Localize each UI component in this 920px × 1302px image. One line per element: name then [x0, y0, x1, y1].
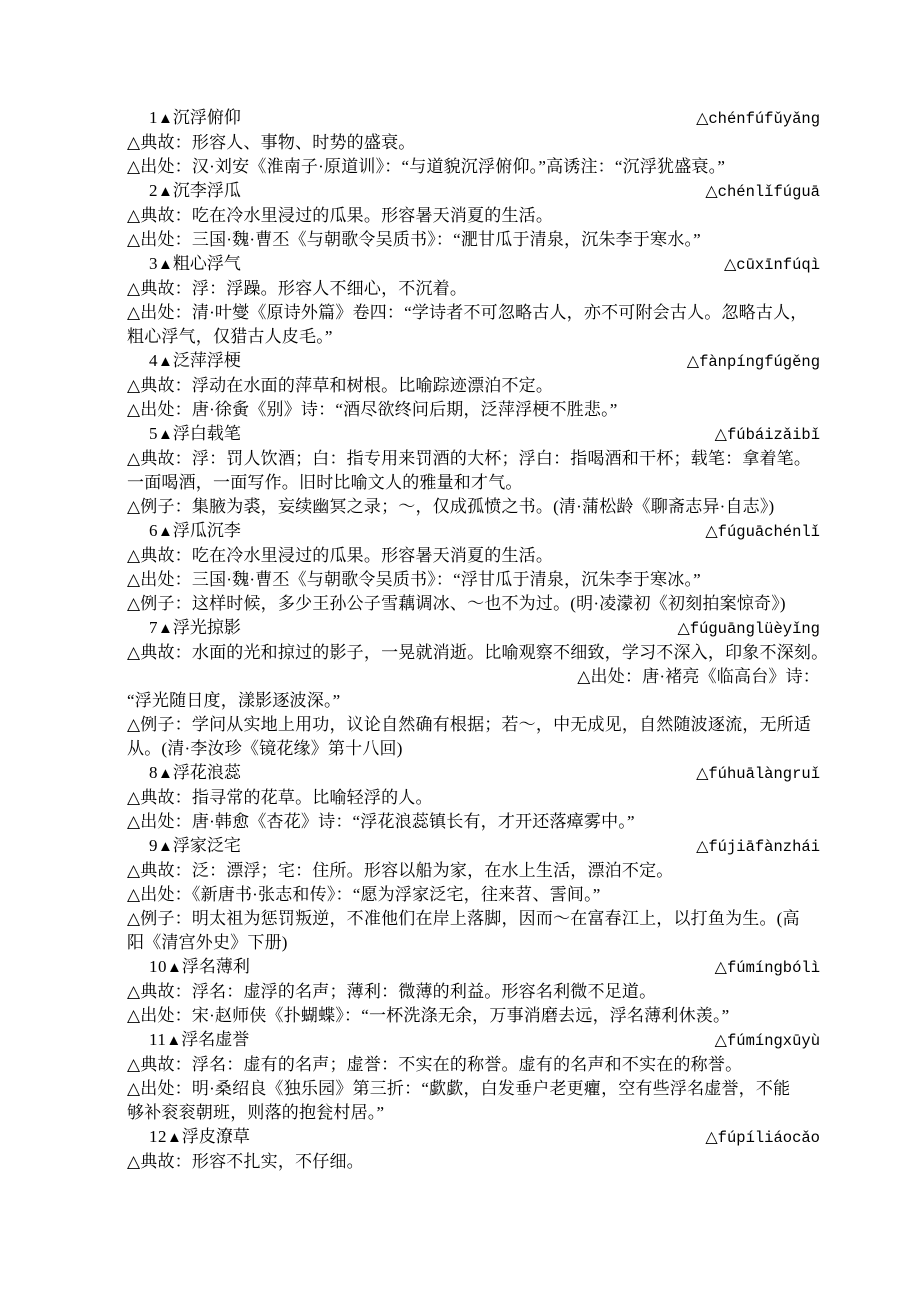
- entry-headword-line: 8▲浮花浪蕊: [127, 761, 241, 786]
- entry-pinyin: chénfúfǔyǎng: [708, 110, 820, 128]
- idiom-entry: 5▲浮白载笔 △fúbáizǎibǐ △典故：浮：罚人饮酒；白：指专用来罚酒的大…: [127, 422, 820, 519]
- entry-headword: 沉李浮瓜: [173, 181, 241, 200]
- entry-number: 1: [149, 108, 158, 127]
- entry-headword: 浮白载笔: [173, 424, 241, 443]
- entry-fields: △典故：浮：浮躁。形容人不细心，不沉着。△出处：清·叶燮《原诗外篇》卷四：“学诗…: [127, 277, 820, 349]
- entry-fields: △典故：形容不扎实，不仔细。: [127, 1150, 820, 1174]
- entry-field-line: △出处：宋·赵师侠《扑蝴蝶》：“一杯洗涤无余，万事消磨去远，浮名薄利休羡。”: [127, 1004, 820, 1028]
- white-triangle-icon: △: [705, 1129, 717, 1146]
- entry-field-line: △典故：浮名：虚有的名声；虚誉：不实在的称誉。虚有的名声和不实在的称誉。: [127, 1053, 820, 1077]
- entries-list: 1▲沉浮俯仰 △chénfúfǔyǎng △典故：形容人、事物、时势的盛衰。△出…: [127, 106, 820, 1174]
- entry-headword: 浮瓜沉李: [173, 521, 241, 540]
- white-triangle-icon: △: [705, 183, 717, 200]
- idiom-entry: 11▲浮名虚誉 △fúmíngxūyù △典故：浮名：虚有的名声；虚誉：不实在的…: [127, 1028, 820, 1125]
- black-triangle-icon: ▲: [158, 621, 173, 637]
- entry-pinyin-line: △fúmíngbólì: [715, 956, 820, 980]
- idiom-entry: 8▲浮花浪蕊 △fúhuālàngruǐ △典故：指寻常的花草。比喻轻浮的人。△…: [127, 761, 820, 834]
- entry-pinyin: fúhuālàngruǐ: [708, 765, 820, 783]
- entry-field-line: △典故：形容人、事物、时势的盛衰。: [127, 131, 820, 155]
- idiom-entry: 7▲浮光掠影 △fúguānglüèyǐng △典故：水面的光和掠过的影子，一晃…: [127, 616, 820, 761]
- entry-field-line: △出处：明·桑绍良《独乐园》第三折：“歔歔，白发垂户老更癯，空有些浮名虚誉，不能: [127, 1077, 820, 1101]
- entry-header: 9▲浮家泛宅 △fújiāfànzhái: [127, 834, 820, 859]
- entry-pinyin-line: △fúbáizǎibǐ: [715, 423, 820, 447]
- entry-fields: △典故：形容人、事物、时势的盛衰。△出处：汉·刘安《淮南子·原道训》：“与道貌沉…: [127, 131, 820, 179]
- black-triangle-icon: ▲: [167, 1130, 182, 1146]
- entry-headword-line: 2▲沉李浮瓜: [127, 179, 241, 204]
- entry-pinyin-line: △fúguāchénlǐ: [705, 520, 820, 544]
- entry-fields: △典故：浮名：虚有的名声；虚誉：不实在的称誉。虚有的名声和不实在的称誉。△出处：…: [127, 1053, 820, 1125]
- entry-fields: △典故：水面的光和掠过的影子，一晃就消逝。比喻观察不细致，学习不深入，印象不深刻…: [127, 641, 820, 761]
- white-triangle-icon: △: [724, 256, 736, 273]
- white-triangle-icon: △: [677, 620, 689, 637]
- entry-headword-line: 12▲浮皮潦草: [127, 1125, 250, 1150]
- black-triangle-icon: ▲: [158, 839, 173, 855]
- white-triangle-icon: △: [715, 426, 727, 443]
- entry-fields: △典故：浮动在水面的萍草和树根。比喻踪迹漂泊不定。△出处：唐·徐夤《别》诗：“酒…: [127, 374, 820, 422]
- entry-header: 1▲沉浮俯仰 △chénfúfǔyǎng: [127, 106, 820, 131]
- entry-header: 4▲泛萍浮梗 △fànpíngfúgěng: [127, 349, 820, 374]
- black-triangle-icon: ▲: [158, 766, 173, 782]
- entry-number: 5: [149, 424, 158, 443]
- entry-headword: 浮花浪蕊: [173, 763, 241, 782]
- entry-pinyin: fànpíngfúgěng: [699, 353, 820, 371]
- entry-field-line: △典故：浮动在水面的萍草和树根。比喻踪迹漂泊不定。: [127, 374, 820, 398]
- entry-headword-line: 3▲粗心浮气: [127, 252, 241, 277]
- entry-field-line: △例子：这样时候，多少王孙公子雪藕调冰、～也不为过。(明·凌濛初《初刻拍案惊奇》…: [127, 592, 820, 616]
- white-triangle-icon: △: [696, 765, 708, 782]
- idiom-entry: 12▲浮皮潦草 △fúpíliáocǎo △典故：形容不扎实，不仔细。: [127, 1125, 820, 1174]
- entry-headword: 浮名薄利: [182, 957, 250, 976]
- entry-pinyin-line: △fúpíliáocǎo: [705, 1126, 820, 1150]
- black-triangle-icon: ▲: [158, 111, 173, 127]
- entry-field-line: △出处：清·叶燮《原诗外篇》卷四：“学诗者不可忽略古人，亦不可附会古人。忽略古人…: [127, 301, 820, 325]
- entry-headword: 粗心浮气: [173, 254, 241, 273]
- entry-header: 11▲浮名虚誉 △fúmíngxūyù: [127, 1028, 820, 1053]
- entry-number: 4: [149, 351, 158, 370]
- entry-pinyin-line: △chénfúfǔyǎng: [696, 107, 820, 131]
- entry-number: 9: [149, 836, 158, 855]
- entry-field-line: 阳《清宫外史》下册): [127, 931, 820, 955]
- entry-pinyin: chénlǐfúguā: [718, 183, 820, 201]
- entry-field-line: △典故：浮：浮躁。形容人不细心，不沉着。: [127, 277, 820, 301]
- entry-field-line: △典故：浮名：虚浮的名声；薄利：微薄的利益。形容名利微不足道。: [127, 980, 820, 1004]
- entry-headword-line: 7▲浮光掠影: [127, 616, 241, 641]
- black-triangle-icon: ▲: [158, 427, 173, 443]
- entry-field-line: △例子：学问从实地上用功，议论自然确有根据；若～，中无成见，自然随波逐流，无所适: [127, 713, 820, 737]
- entry-header: 12▲浮皮潦草 △fúpíliáocǎo: [127, 1125, 820, 1150]
- entry-number: 3: [149, 254, 158, 273]
- black-triangle-icon: ▲: [158, 524, 173, 540]
- entry-number: 12: [149, 1127, 167, 1146]
- entry-headword: 泛萍浮梗: [173, 351, 241, 370]
- idiom-entry: 1▲沉浮俯仰 △chénfúfǔyǎng △典故：形容人、事物、时势的盛衰。△出…: [127, 106, 820, 179]
- entry-field-line: △出处：唐·徐夤《别》诗：“酒尽欲终问后期，泛萍浮梗不胜悲。”: [127, 398, 820, 422]
- entry-headword-line: 10▲浮名薄利: [127, 955, 250, 980]
- entry-pinyin-line: △fúmíngxūyù: [715, 1029, 820, 1053]
- entry-fields: △典故：吃在冷水里浸过的瓜果。形容暑天消夏的生活。△出处：三国·魏·曹丕《与朝歌…: [127, 544, 820, 616]
- entry-pinyin: fúbáizǎibǐ: [727, 426, 820, 444]
- entry-number: 6: [149, 521, 158, 540]
- entry-number: 8: [149, 763, 158, 782]
- entry-pinyin-line: △fúguānglüèyǐng: [677, 617, 820, 641]
- entry-header: 8▲浮花浪蕊 △fúhuālàngruǐ: [127, 761, 820, 786]
- entry-pinyin: fújiāfànzhái: [708, 838, 820, 856]
- idiom-entry: 6▲浮瓜沉李 △fúguāchénlǐ △典故：吃在冷水里浸过的瓜果。形容暑天消…: [127, 519, 820, 616]
- entry-field-line: △出处：三国·魏·曹丕《与朝歌令吴质书》：“淝甘瓜于清泉，沉朱李于寒水。”: [127, 228, 820, 252]
- entry-field-line: “浮光随日度，漾影逐波深。”: [127, 689, 820, 713]
- entry-header: 6▲浮瓜沉李 △fúguāchénlǐ: [127, 519, 820, 544]
- idiom-entry: 9▲浮家泛宅 △fújiāfànzhái △典故：泛：漂浮；宅：住所。形容以船为…: [127, 834, 820, 955]
- entry-headword: 浮名虚誉: [181, 1030, 249, 1049]
- entry-pinyin: fúmíngxūyù: [727, 1032, 820, 1050]
- entry-header: 5▲浮白载笔 △fúbáizǎibǐ: [127, 422, 820, 447]
- entry-headword-line: 9▲浮家泛宅: [127, 834, 241, 859]
- entry-field-line: △例子：明太祖为惩罚叛逆，不准他们在岸上落脚，因而～在富春江上，以打鱼为生。(高: [127, 907, 820, 931]
- white-triangle-icon: △: [696, 838, 708, 855]
- entry-number: 2: [149, 181, 158, 200]
- idiom-entry: 3▲粗心浮气 △cūxīnfúqì △典故：浮：浮躁。形容人不细心，不沉着。△出…: [127, 252, 820, 349]
- entry-field-line: △出处：唐·韩愈《杏花》诗：“浮花浪蕊镇长有，才开还落瘴雾中。”: [127, 810, 820, 834]
- idiom-entry: 4▲泛萍浮梗 △fànpíngfúgěng △典故：浮动在水面的萍草和树根。比喻…: [127, 349, 820, 422]
- entry-pinyin-line: △fújiāfànzhái: [696, 835, 820, 859]
- entry-headword: 浮光掠影: [173, 618, 241, 637]
- entry-field-line: 粗心浮气，仅猎古人皮毛。”: [127, 325, 820, 349]
- white-triangle-icon: △: [715, 1032, 727, 1049]
- entry-pinyin: fúpíliáocǎo: [718, 1129, 820, 1147]
- entry-pinyin: fúguānglüèyǐng: [690, 620, 820, 638]
- entry-field-line: △典故：吃在冷水里浸过的瓜果。形容暑天消夏的生活。: [127, 204, 820, 228]
- entry-fields: △典故：泛：漂浮；宅：住所。形容以船为家，在水上生活，漂泊不定。△出处：《新唐书…: [127, 859, 820, 955]
- entry-field-line: △出处：唐·褚亮《临高台》诗：: [127, 665, 820, 689]
- white-triangle-icon: △: [687, 353, 699, 370]
- entry-number: 10: [149, 957, 167, 976]
- entry-field-line: △典故：泛：漂浮；宅：住所。形容以船为家，在水上生活，漂泊不定。: [127, 859, 820, 883]
- entry-field-line: △典故：指寻常的花草。比喻轻浮的人。: [127, 786, 820, 810]
- entry-header: 2▲沉李浮瓜 △chénlǐfúguā: [127, 179, 820, 204]
- entry-headword: 浮皮潦草: [182, 1127, 250, 1146]
- entry-field-line: △典故：吃在冷水里浸过的瓜果。形容暑天消夏的生活。: [127, 544, 820, 568]
- black-triangle-icon: ▲: [158, 184, 173, 200]
- entry-header: 10▲浮名薄利 △fúmíngbólì: [127, 955, 820, 980]
- entry-headword-line: 6▲浮瓜沉李: [127, 519, 241, 544]
- idiom-entry: 10▲浮名薄利 △fúmíngbólì △典故：浮名：虚浮的名声；薄利：微薄的利…: [127, 955, 820, 1028]
- entry-field-line: 从。(清·李汝珍《镜花缘》第十八回): [127, 737, 820, 761]
- idiom-entry: 2▲沉李浮瓜 △chénlǐfúguā △典故：吃在冷水里浸过的瓜果。形容暑天消…: [127, 179, 820, 252]
- white-triangle-icon: △: [705, 523, 717, 540]
- entry-headword-line: 4▲泛萍浮梗: [127, 349, 241, 374]
- entry-fields: △典故：吃在冷水里浸过的瓜果。形容暑天消夏的生活。△出处：三国·魏·曹丕《与朝歌…: [127, 204, 820, 252]
- entry-pinyin-line: △fànpíngfúgěng: [687, 350, 820, 374]
- entry-fields: △典故：浮：罚人饮酒；白：指专用来罚酒的大杯；浮白：指喝酒和干杯；载笔：拿着笔。…: [127, 447, 820, 519]
- entry-field-line: △例子：集腋为裘，妄续幽冥之录；～，仅成孤愤之书。(清·蒲松龄《聊斋志异·自志》…: [127, 495, 820, 519]
- entry-pinyin-line: △chénlǐfúguā: [705, 180, 820, 204]
- black-triangle-icon: ▲: [166, 1033, 181, 1049]
- entry-pinyin-line: △fúhuālàngruǐ: [696, 762, 820, 786]
- entry-headword-line: 11▲浮名虚誉: [127, 1028, 249, 1053]
- black-triangle-icon: ▲: [158, 354, 173, 370]
- black-triangle-icon: ▲: [167, 960, 182, 976]
- black-triangle-icon: ▲: [158, 257, 173, 273]
- entry-header: 7▲浮光掠影 △fúguānglüèyǐng: [127, 616, 820, 641]
- entry-field-line: 一面喝酒，一面写作。旧时比喻文人的雅量和才气。: [127, 471, 820, 495]
- entry-field-line: 够补衮衮朝班，则落的抱瓮村居。”: [127, 1101, 820, 1125]
- entry-fields: △典故：浮名：虚浮的名声；薄利：微薄的利益。形容名利微不足道。△出处：宋·赵师侠…: [127, 980, 820, 1028]
- entry-field-line: △出处：《新唐书·张志和传》：“愿为浮家泛宅，往来苕、霅间。”: [127, 883, 820, 907]
- entry-field-line: △出处：汉·刘安《淮南子·原道训》：“与道貌沉浮俯仰。”高诱注：“沉浮犹盛衰。”: [127, 155, 820, 179]
- entry-number: 11: [149, 1030, 166, 1049]
- white-triangle-icon: △: [696, 110, 708, 127]
- entry-headword-line: 5▲浮白载笔: [127, 422, 241, 447]
- entry-fields: △典故：指寻常的花草。比喻轻浮的人。△出处：唐·韩愈《杏花》诗：“浮花浪蕊镇长有…: [127, 786, 820, 834]
- entry-field-line: △典故：浮：罚人饮酒；白：指专用来罚酒的大杯；浮白：指喝酒和干杯；载笔：拿着笔。: [127, 447, 820, 471]
- entry-pinyin: fúguāchénlǐ: [718, 523, 820, 541]
- entry-pinyin: fúmíngbólì: [727, 959, 820, 977]
- document-page: 1▲沉浮俯仰 △chénfúfǔyǎng △典故：形容人、事物、时势的盛衰。△出…: [0, 0, 920, 1302]
- entry-headword: 浮家泛宅: [173, 836, 241, 855]
- entry-field-line: △典故：形容不扎实，不仔细。: [127, 1150, 820, 1174]
- entry-header: 3▲粗心浮气 △cūxīnfúqì: [127, 252, 820, 277]
- entry-field-line: △出处：三国·魏·曹丕《与朝歌令吴质书》：“浮甘瓜于清泉，沉朱李于寒冰。”: [127, 568, 820, 592]
- white-triangle-icon: △: [715, 959, 727, 976]
- entry-headword-line: 1▲沉浮俯仰: [127, 106, 241, 131]
- entry-headword: 沉浮俯仰: [173, 108, 241, 127]
- entry-pinyin-line: △cūxīnfúqì: [724, 253, 820, 277]
- entry-field-line: △典故：水面的光和掠过的影子，一晃就消逝。比喻观察不细致，学习不深入，印象不深刻…: [127, 641, 820, 665]
- entry-number: 7: [149, 618, 158, 637]
- entry-pinyin: cūxīnfúqì: [736, 256, 820, 274]
